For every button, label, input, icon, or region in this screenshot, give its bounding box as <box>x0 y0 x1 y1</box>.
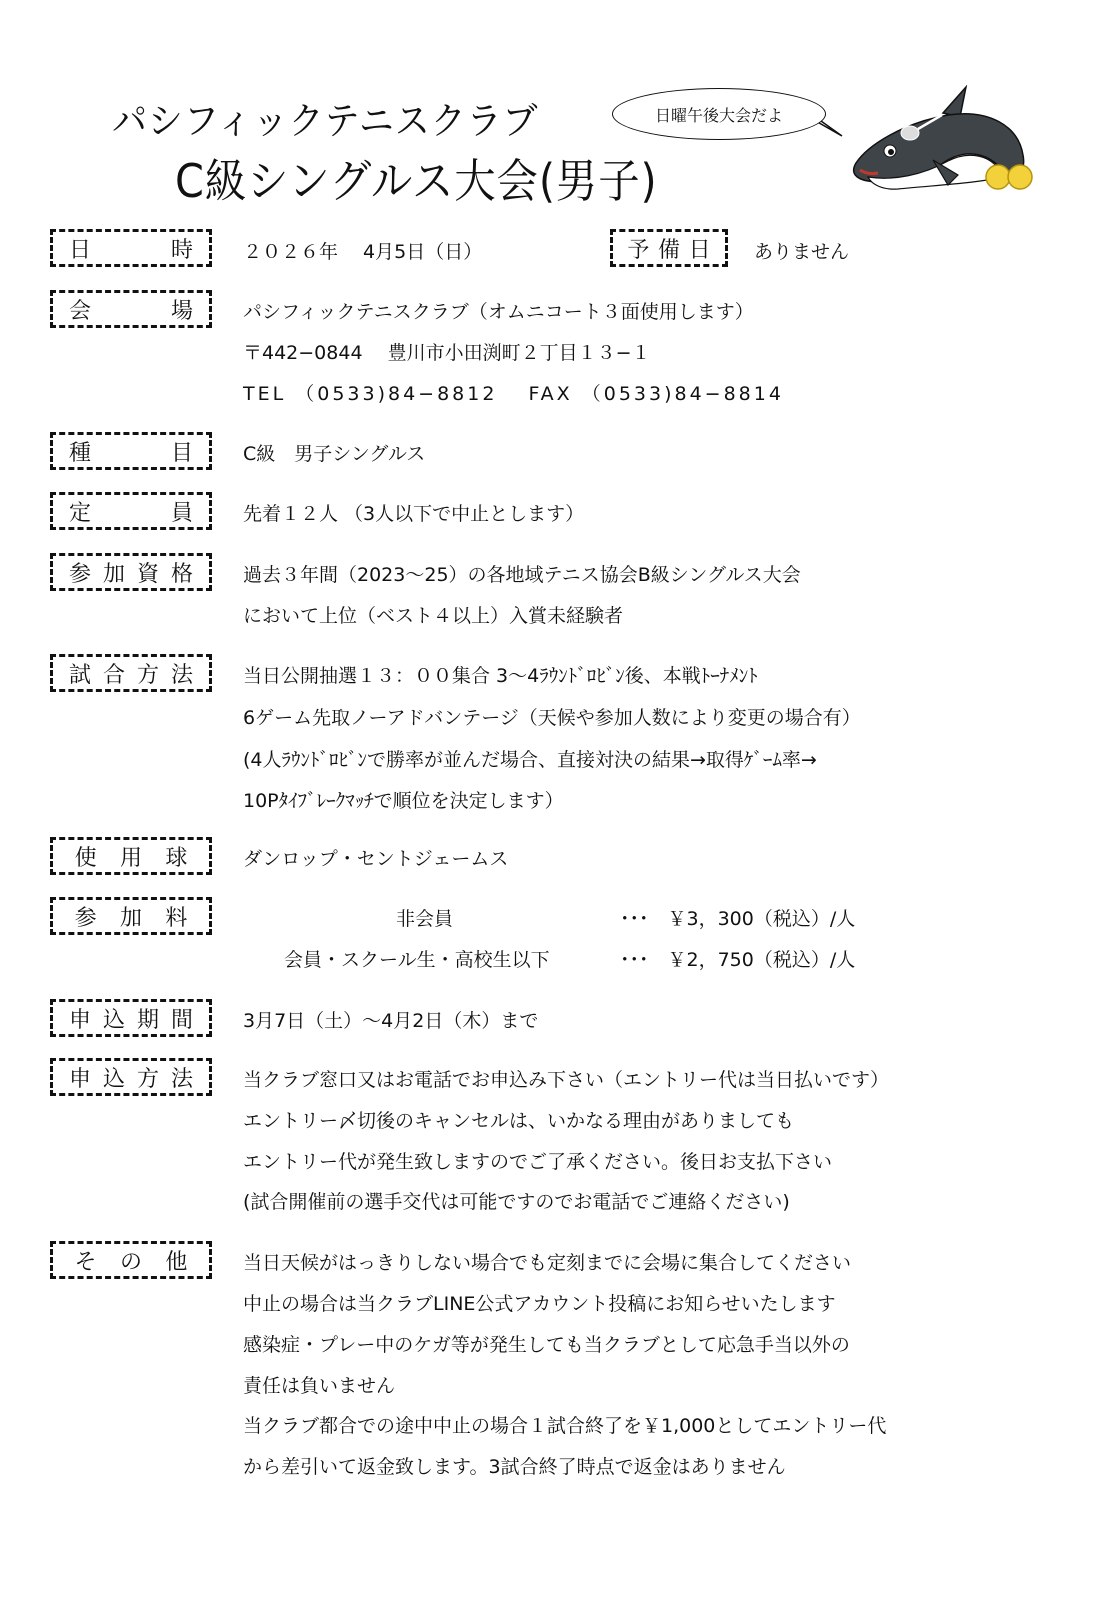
label-reserve-day: 予 備 日 <box>610 229 728 267</box>
event-value: C級 男子シングルス <box>243 439 425 466</box>
date-value: ２０２６年 4月5日（日） <box>243 237 482 264</box>
label-ball: 使 用 球 <box>50 837 212 875</box>
label-format: 試 合 方 法 <box>50 654 212 692</box>
format-line: 6ゲーム先取ノーアドバンテージ（天候や参加人数により変更の場合有） <box>243 703 861 730</box>
period-value: 3月7日（土）～4月2日（木）まで <box>243 1006 538 1033</box>
capacity-value: 先着１２人 （3人以下で中止とします） <box>243 499 584 526</box>
other-line: 当日天候がはっきりしない場合でも定刻までに会場に集合してください <box>243 1248 851 1275</box>
venue-address: 〒442−0844 豊川市小田渕町２丁目１３−１ <box>243 338 651 365</box>
label-eligibility: 参 加 資 格 <box>50 553 212 591</box>
label-venue: 会 場 <box>50 290 212 328</box>
speech-bubble: 日曜午後大会だよ <box>612 88 826 140</box>
eligibility-line: において上位（ベスト４以上）入賞未経験者 <box>243 601 623 628</box>
format-line: (4人ﾗｳﾝﾄﾞﾛﾋﾞﾝで勝率が並んだ場合、直接対決の結果→取得ｹﾞｰﾑ率→ <box>243 745 817 772</box>
event-title: C級シングルス大会(男子) <box>175 145 658 211</box>
other-line: 感染症・プレー中のケガ等が発生しても当クラブとして応急手当以外の <box>243 1330 850 1357</box>
method-line: エントリー代が発生致しますのでご了承ください。後日お支払下さい <box>243 1147 832 1174</box>
label-fee: 参 加 料 <box>50 897 212 935</box>
label-period: 申 込 期 間 <box>50 999 212 1037</box>
label-method: 申 込 方 法 <box>50 1058 212 1096</box>
method-line: エントリー〆切後のキャンセルは、いかなる理由がありましても <box>243 1106 794 1133</box>
speech-bubble-text: 日曜午後大会だよ <box>655 103 783 126</box>
club-name: パシフィックテニスクラブ <box>112 90 538 145</box>
ball-value: ダンロップ・セントジェームス <box>243 844 508 871</box>
other-line: から差引いて返金致します。3試合終了時点で返金はありません <box>243 1452 786 1479</box>
format-line: 10Pﾀｲﾌﾞﾚｰｸﾏｯﾁで順位を決定します） <box>243 786 564 813</box>
venue-line: パシフィックテニスクラブ（オムニコート３面使用します） <box>243 297 754 324</box>
venue-phone-fax: TEL （0533)84−8812 FAX （0533)84−8814 <box>243 379 784 406</box>
eligibility-line: 過去３年間（2023～25）の各地域テニス協会B級シングルス大会 <box>243 560 801 587</box>
label-capacity: 定 員 <box>50 492 212 530</box>
dolphin-mascot-icon <box>848 85 1033 195</box>
method-line: 当クラブ窓口又はお電話でお申込み下さい（エントリー代は当日払いです） <box>243 1065 889 1092</box>
fee-item-name: 非会員 <box>396 904 453 931</box>
other-line: 当クラブ都合での途中中止の場合１試合終了を￥1,000としてエントリー代 <box>243 1411 886 1438</box>
fee-item-name: 会員・スクール生・高校生以下 <box>284 945 550 972</box>
method-line: (試合開催前の選手交代は可能ですのでお電話でご連絡ください) <box>243 1187 790 1214</box>
fee-item-value: ･･･ ￥3，300（税込）/人 <box>620 904 855 931</box>
fee-item-value: ･･･ ￥2，750（税込）/人 <box>620 945 855 972</box>
format-line: 当日公開抽選１３：００集合 3～4ﾗｳﾝﾄﾞﾛﾋﾞﾝ後、本戦ﾄｰﾅﾒﾝﾄ <box>243 661 758 688</box>
label-event: 種 目 <box>50 432 212 470</box>
label-date: 日 時 <box>50 229 212 267</box>
other-line: 責任は負いません <box>243 1371 395 1398</box>
label-other: そ の 他 <box>50 1241 212 1279</box>
other-line: 中止の場合は当クラブLINE公式アカウント投稿にお知らせいたします <box>243 1289 836 1316</box>
reserve-day-value: ありません <box>754 237 849 264</box>
